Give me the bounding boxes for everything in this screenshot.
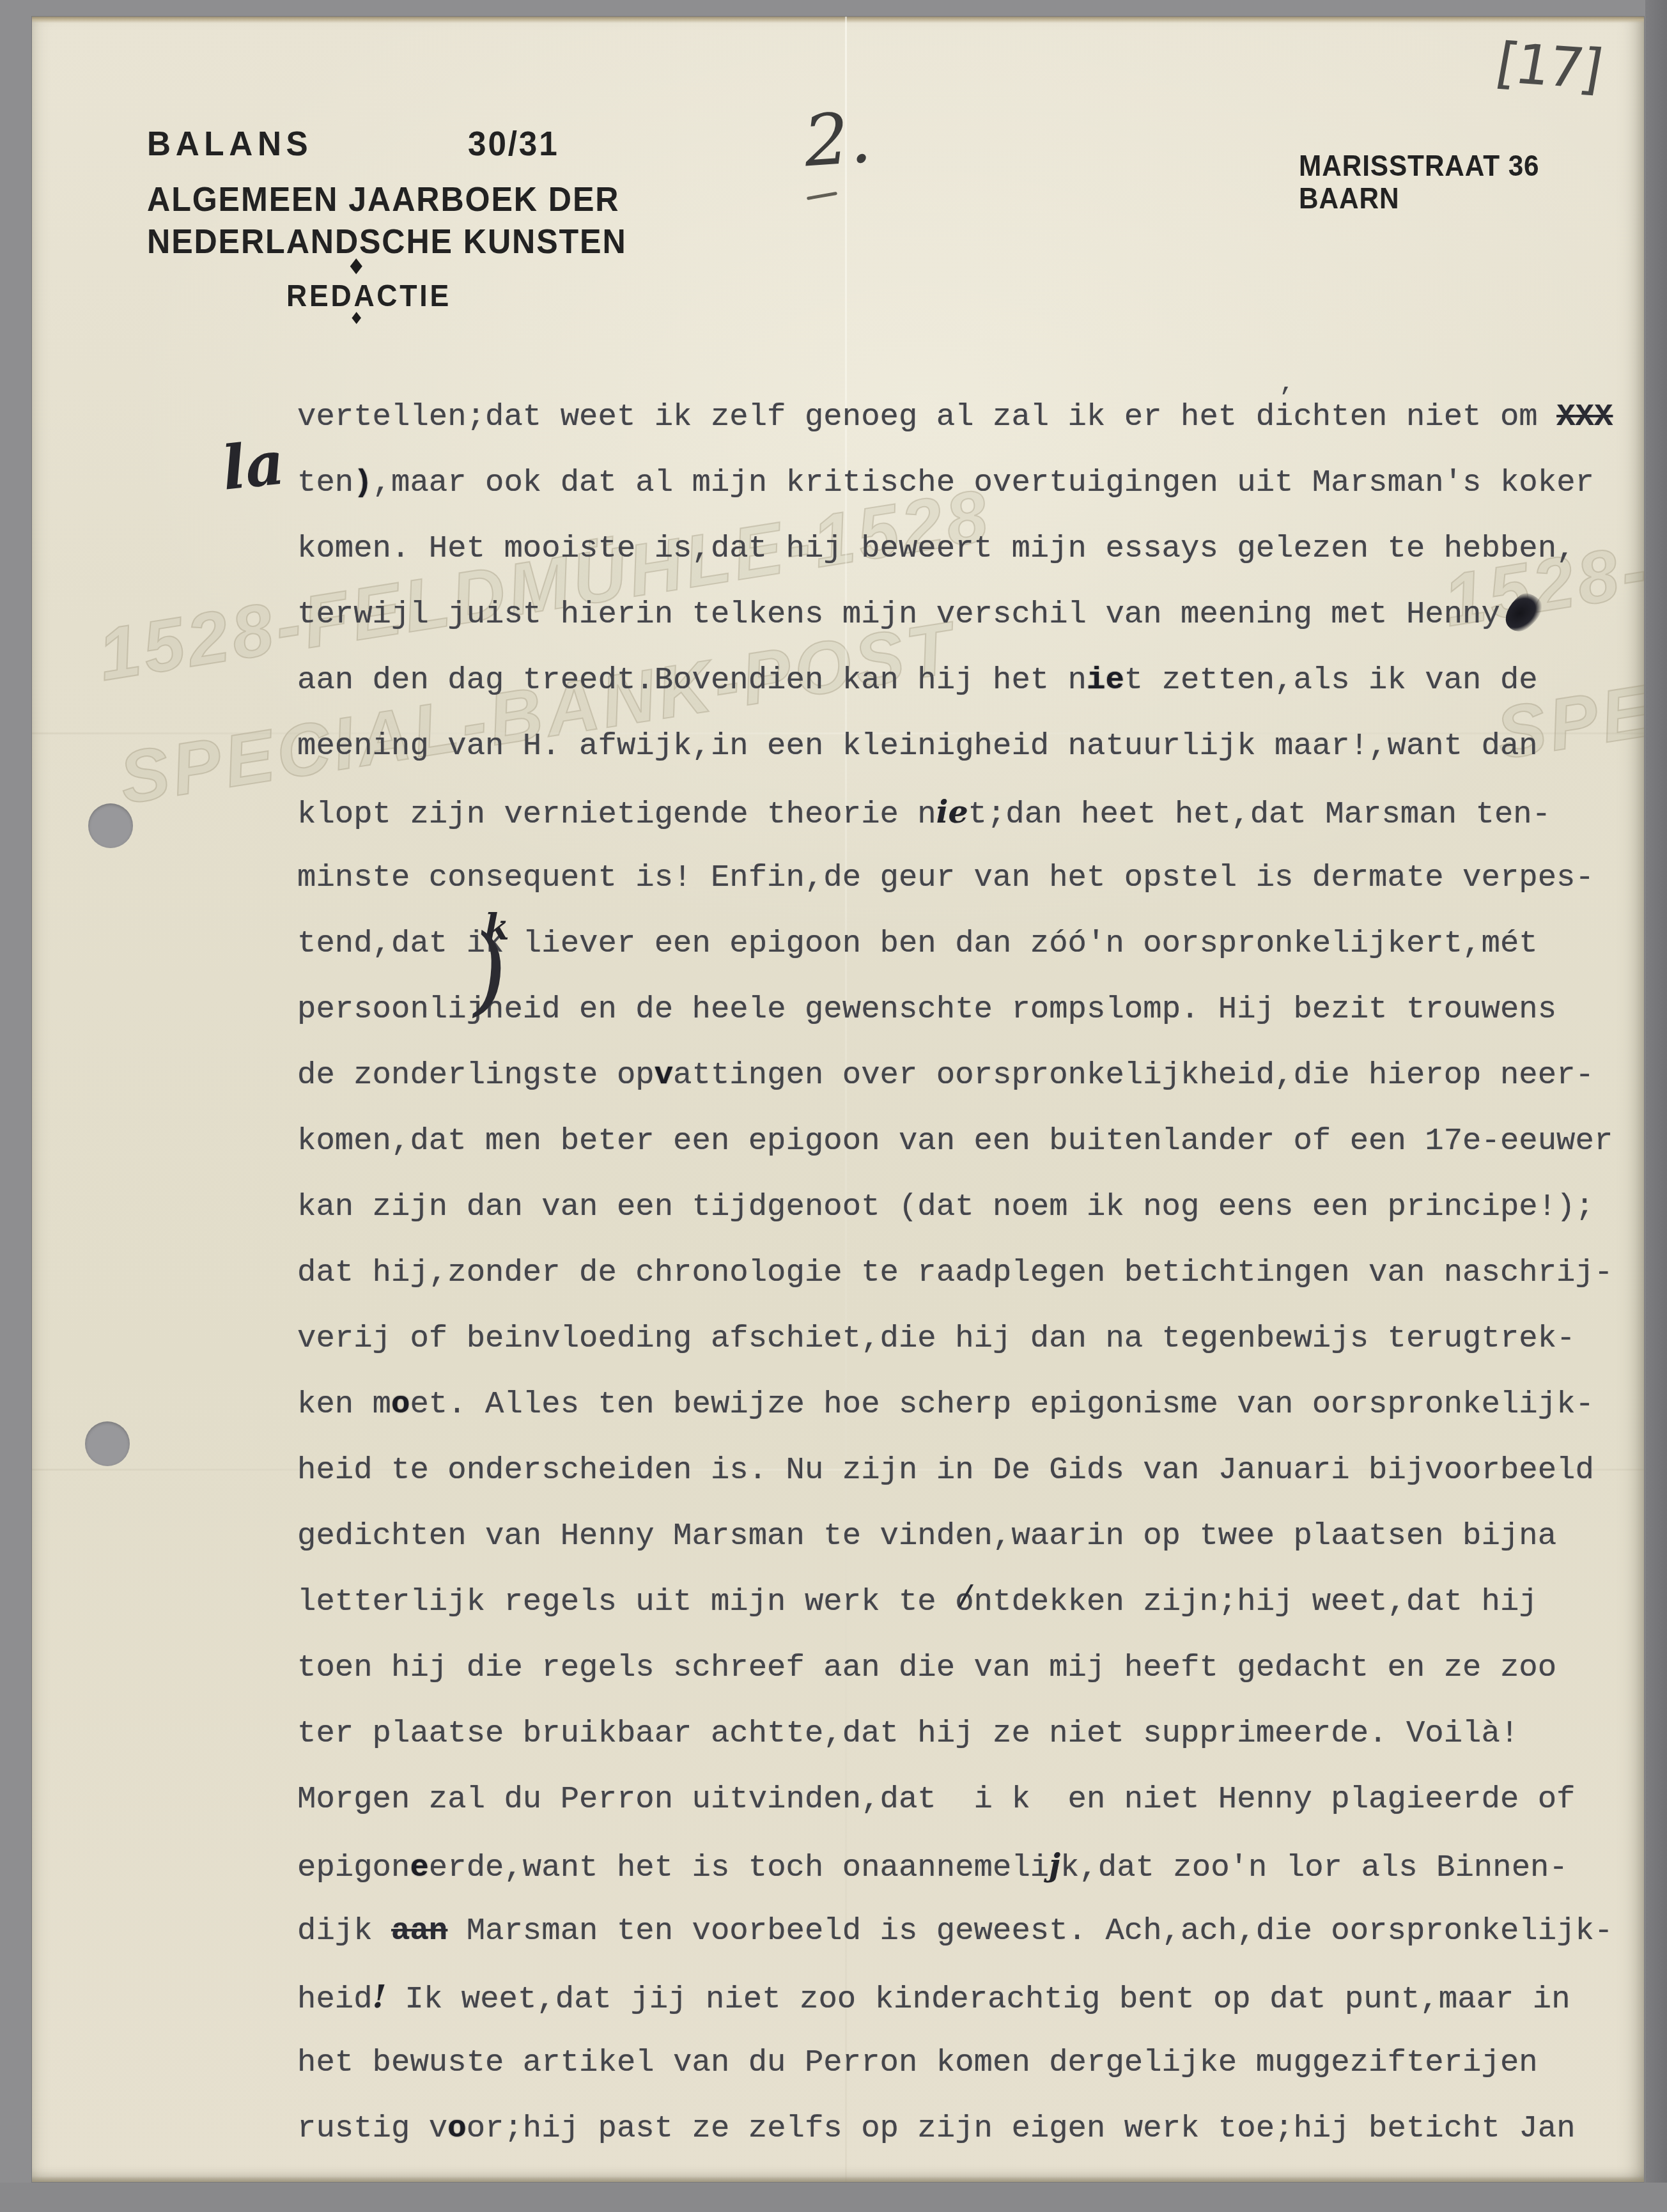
body-text-hand: ! — [373, 1978, 387, 2015]
body-line: ter plaatse bruikbaar achtte,dat hij ze … — [297, 1715, 1519, 1752]
body-line: dat hij,zonder de chronologie te raadple… — [297, 1255, 1613, 1292]
letterhead-department: REDACTIE — [286, 279, 451, 314]
body-line: persoonlijheid en de heele gewenschte ro… — [297, 991, 1556, 1028]
body-line: komen. Het mooiste is,dat hij beweert mi… — [297, 530, 1576, 568]
body-text: erde,want het is toch onaannemeli — [429, 1850, 1049, 1885]
body-text: et. Alles ten bewijze hoe scherp epigoni… — [410, 1386, 1594, 1422]
body-line: dijk aan Marsman ten voorbeeld is gewees… — [297, 1913, 1613, 1950]
body-text: vertellen;dat weet ik zelf genoeg al zal… — [297, 399, 1275, 435]
body-text: klopt zijn vernietigende theorie n — [297, 796, 936, 832]
body-text: t;dan heet het,dat Marsman ten- — [968, 796, 1551, 832]
letterhead-address-city: BAARN — [1299, 181, 1399, 215]
body-line: komen,dat men beter een epigoon van een … — [297, 1123, 1613, 1160]
body-text: heid te onderscheiden is. Nu zijn in De … — [297, 1452, 1594, 1488]
hole-punch — [85, 1421, 130, 1466]
body-text: ten — [297, 465, 353, 500]
body-text: minste consequent is! Enfin,de geur van … — [297, 860, 1594, 895]
body-text: attingen over oorspronkelijkheid,die hie… — [673, 1057, 1594, 1093]
body-text-strike: XXX — [1556, 399, 1613, 435]
body-text: dijk — [297, 1913, 391, 1949]
body-line: Morgen zal du Perron uitvinden,dat i k e… — [297, 1781, 1576, 1818]
body-text-acc: i — [1275, 399, 1293, 435]
body-text-bold: ie — [1087, 662, 1124, 698]
body-text: ken m — [297, 1386, 391, 1422]
body-text-strike: aan — [391, 1913, 447, 1949]
body-text: letterlijk regels uit mijn werk te — [297, 1584, 955, 1620]
letterhead-brand: BALANS — [147, 124, 313, 164]
body-text: epigon — [297, 1850, 410, 1885]
body-text: t zetten,als ik van de — [1124, 662, 1538, 698]
body-text: rustig v — [297, 2110, 447, 2146]
letterhead-issue-number: 30/31 — [468, 124, 559, 164]
body-text: Morgen zal du Perron uitvinden,dat i k e… — [297, 1781, 1576, 1817]
body-line: epigoneerde,want het is toch onaannemeli… — [297, 1847, 1568, 1887]
scanner-background-right — [1645, 0, 1667, 2212]
hole-punch — [88, 803, 133, 848]
body-text-slash: o — [955, 1584, 973, 1620]
handwritten-corner-mark: [17] — [1491, 31, 1605, 102]
body-line: tend,dat ik liever een epigoon ben dan z… — [297, 925, 1538, 963]
body-text: ter plaatse bruikbaar achtte,dat hij ze … — [297, 1715, 1519, 1751]
body-text: k,dat zoo'n lor als Binnen- — [1060, 1850, 1568, 1885]
body-line: de zonderlingste opvattingen over oorspr… — [297, 1057, 1594, 1094]
letter-page: 1528-FELDMÜHLE-1528 SPECIAL-BANK-POST 15… — [32, 17, 1644, 2182]
handwritten-underline — [807, 192, 837, 200]
handwritten-page-number: 2. — [802, 96, 874, 182]
body-line: heid te onderscheiden is. Nu zijn in De … — [297, 1452, 1594, 1489]
body-line: het bewuste artikel van du Perron komen … — [297, 2045, 1538, 2082]
body-text-bold: v — [655, 1057, 673, 1093]
body-text: het bewuste artikel van du Perron komen … — [297, 2045, 1538, 2080]
body-line: ken moet. Alles ten bewijze hoe scherp e… — [297, 1386, 1594, 1423]
letterhead-title-line2: NEDERLANDSCHE KUNSTEN — [147, 222, 627, 261]
body-text: komen. Het mooiste is,dat hij beweert mi… — [297, 530, 1576, 566]
body-text: verij of beinvloeding afschiet,die hij d… — [297, 1320, 1576, 1356]
body-line: aan den dag treedt.Bovendien kan hij het… — [297, 662, 1538, 699]
body-text: chten niet om — [1293, 399, 1556, 435]
body-text: kan zijn dan van een tijdgenoot (dat noe… — [297, 1189, 1594, 1225]
letterhead-address-street: MARISSTRAAT 36 — [1299, 148, 1540, 183]
body-text: terwijl juist hierin telkens mijn versch… — [297, 596, 1500, 632]
diamond-icon: ♦ — [346, 254, 366, 280]
body-text: komen,dat men beter een epigoon van een … — [297, 1123, 1613, 1159]
body-line: rustig voor;hij past ze zelfs op zijn ei… — [297, 2110, 1576, 2147]
body-text: ntdekken zijn;hij weet,dat hij — [974, 1584, 1538, 1620]
handwritten-margin-insert: la — [219, 428, 288, 504]
body-line: gedichten van Henny Marsman te vinden,wa… — [297, 1518, 1556, 1555]
body-line: letterlijk regels uit mijn werk te ontde… — [297, 1584, 1538, 1621]
body-line: klopt zijn vernietigende theorie niet;da… — [297, 794, 1551, 833]
body-text: tend,dat ik liever een epigoon ben dan z… — [297, 925, 1538, 961]
body-text-hand: ie — [936, 793, 968, 830]
body-text: gedichten van Henny Marsman te vinden,wa… — [297, 1518, 1556, 1554]
body-text: Marsman ten voorbeeld is geweest. Ach,ac… — [447, 1913, 1613, 1949]
diamond-icon: ♦ — [349, 309, 364, 329]
body-line: kan zijn dan van een tijdgenoot (dat noe… — [297, 1189, 1594, 1226]
letterhead-title-line1: ALGEMEEN JAARBOEK DER — [147, 180, 619, 219]
body-text-bold: o — [391, 1386, 410, 1422]
body-line: terwijl juist hierin telkens mijn versch… — [297, 596, 1544, 633]
body-line: verij of beinvloeding afschiet,die hij d… — [297, 1320, 1576, 1357]
body-line: meening van H. afwijk,in een kleinigheid… — [297, 728, 1538, 765]
scanner-background-bottom — [0, 2183, 1667, 2212]
body-text: Ik weet,dat jij niet zoo kinderachtig be… — [386, 1981, 1570, 2017]
body-text: persoonlij — [297, 991, 485, 1027]
body-line: ten),maar ook dat al mijn kritische over… — [297, 465, 1594, 502]
body-text: aan den dag treedt.Bovendien kan hij het… — [297, 662, 1087, 698]
body-text: heid en de heele gewenschte rompslomp. H… — [485, 991, 1556, 1027]
body-text-bold: ) — [353, 465, 372, 500]
body-text-bold: o — [447, 2110, 466, 2146]
body-text: toen hij die regels schreef aan die van … — [297, 1650, 1556, 1685]
body-text: heid — [297, 1981, 373, 2017]
body-text: or;hij past ze zelfs op zijn eigen werk … — [467, 2110, 1576, 2146]
body-text-bold: e — [410, 1850, 428, 1885]
body-text-hand: j — [1049, 1846, 1060, 1883]
body-line: toen hij die regels schreef aan die van … — [297, 1650, 1556, 1687]
body-line: vertellen;dat weet ik zelf genoeg al zal… — [297, 399, 1613, 436]
body-text: de zonderlingste op — [297, 1057, 655, 1093]
body-line: heid! Ik weet,dat jij niet zoo kinderach… — [297, 1979, 1570, 2018]
body-text: ,maar ook dat al mijn kritische overtuig… — [373, 465, 1594, 500]
body-text: meening van H. afwijk,in een kleinigheid… — [297, 728, 1538, 764]
body-text: dat hij,zonder de chronologie te raadple… — [297, 1255, 1613, 1290]
body-line: minste consequent is! Enfin,de geur van … — [297, 860, 1594, 897]
